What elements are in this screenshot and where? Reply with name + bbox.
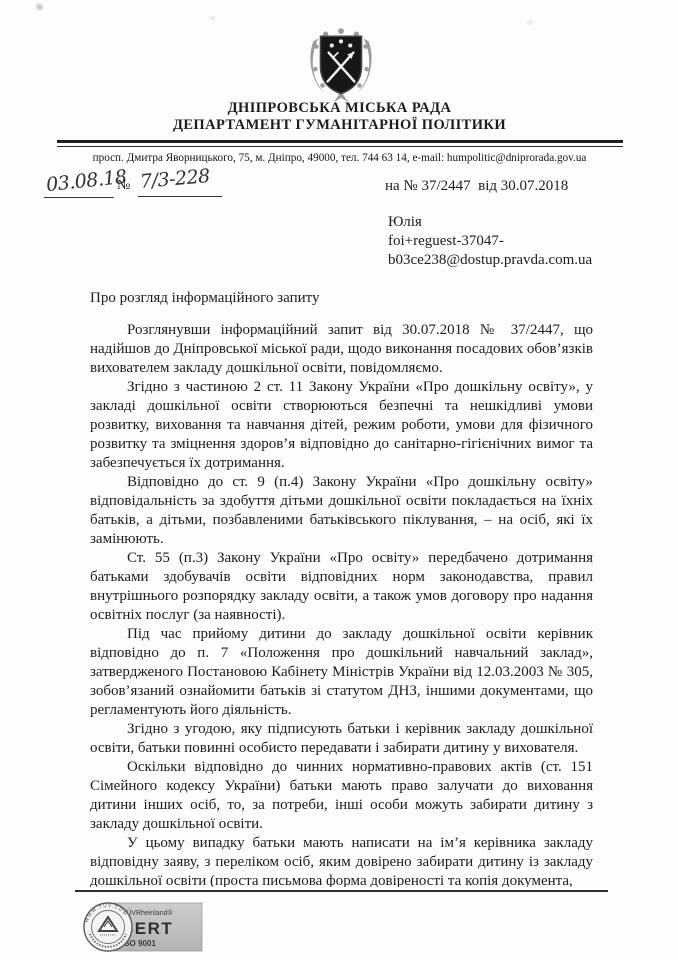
org-name-line1: ДНІПРОВСЬКА МІСЬКА РАДА xyxy=(0,100,679,117)
handwritten-date: 03.08.18 xyxy=(45,166,127,196)
org-address-line: просп. Дмитра Яворницького, 75, м. Дніпр… xyxy=(0,152,679,164)
tuv-cert-stamp: TÜVRheinland® CERT ISO 9001 WWW.TUV.COM xyxy=(74,896,208,956)
scan-smudge xyxy=(210,16,215,20)
body-paragraph: У цьому випадку батьки мають написати на… xyxy=(90,834,593,887)
number-sign: № xyxy=(117,178,130,194)
scan-smudge xyxy=(527,20,533,25)
body-paragraph: Згідно з угодою, яку підписують батьки і… xyxy=(90,720,593,758)
coat-of-arms-icon xyxy=(303,26,379,104)
letter-body: Розглянувши інформаційний запит від 30.0… xyxy=(90,321,593,887)
recipient-name: Юлія xyxy=(388,213,592,232)
handwritten-number: 7/3-228 xyxy=(139,165,210,193)
letter-subject: Про розгляд інформаційного запиту xyxy=(90,290,319,307)
body-paragraph: Оскільки відповідно до чинних нормативно… xyxy=(90,758,593,834)
incoming-reference: на № 37/2447 від 30.07.2018 xyxy=(385,178,568,195)
number-blank-line xyxy=(138,196,222,197)
recipient-email-line2: b03ce238@dostup.pravda.com.ua xyxy=(388,251,592,270)
letterhead-rule-thick xyxy=(57,140,623,143)
body-paragraph: Відповідно до ст. 9 (п.4) Закону України… xyxy=(90,473,593,549)
tuv-seal-icon: WWW.TUV.COM xyxy=(84,903,132,951)
scanned-letter-page: ДНІПРОВСЬКА МІСЬКА РАДА ДЕПАРТАМЕНТ ГУМА… xyxy=(0,0,679,960)
letterhead-rule-thin xyxy=(57,146,623,147)
body-paragraph: Під час прийому дитини до закладу дошкіл… xyxy=(90,625,593,720)
footer-separator-line xyxy=(75,890,608,892)
recipient-block: Юлія foi+reguest-37047- b03ce238@dostup.… xyxy=(388,213,592,270)
body-paragraph: Згідно з частиною 2 ст. 11 Закону Україн… xyxy=(90,378,593,473)
body-paragraph: Розглянувши інформаційний запит від 30.0… xyxy=(90,321,593,378)
date-blank-line xyxy=(44,197,114,198)
outgoing-reference: 03.08.18 № 7/3-228 xyxy=(44,170,304,206)
body-paragraph: Ст. 55 (п.3) Закону України «Про освіту»… xyxy=(90,549,593,625)
org-name-line2: ДЕПАРТАМЕНТ ГУМАНІТАРНОЇ ПОЛІТИКИ xyxy=(0,117,679,134)
scan-smudge xyxy=(35,3,44,12)
recipient-email-line1: foi+reguest-37047- xyxy=(388,232,592,251)
